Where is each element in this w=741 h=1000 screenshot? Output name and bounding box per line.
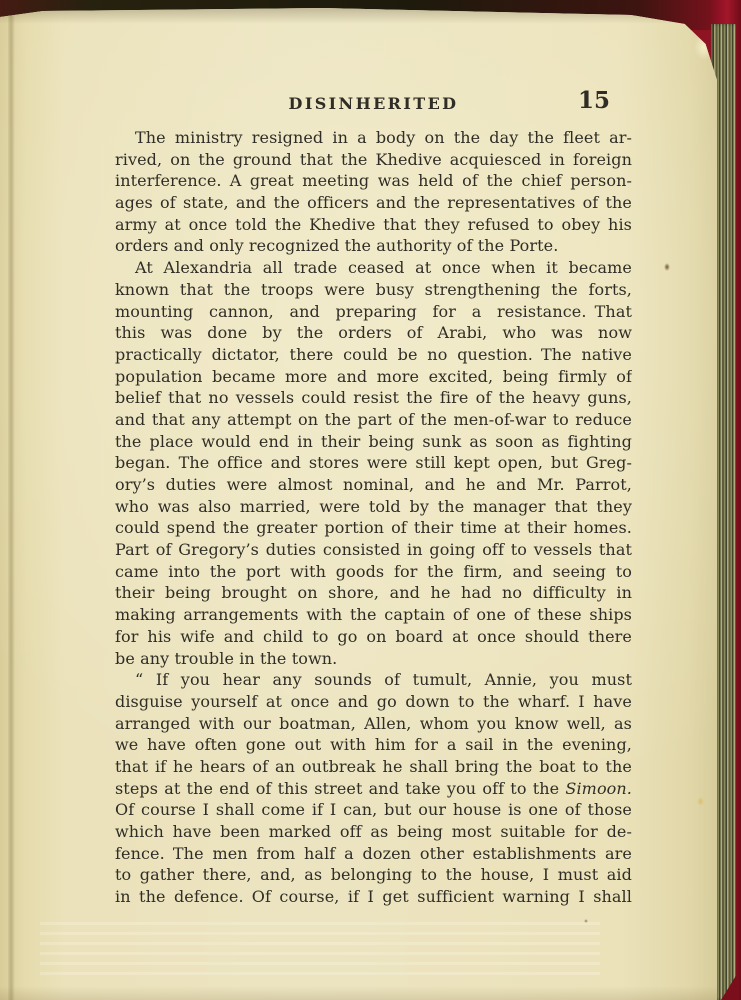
paper-speck bbox=[584, 919, 588, 923]
text-line: to gather there, and, as belonging to th… bbox=[115, 864, 632, 886]
gutter-crease bbox=[8, 0, 15, 1000]
text-line: Part of Gregory’s duties consisted in go… bbox=[115, 539, 632, 561]
paragraph: At Alexandria all trade ceased at once w… bbox=[115, 257, 632, 669]
text-line: The ministry resigned in a body on the d… bbox=[115, 127, 632, 149]
text-block: The ministry resigned in a body on the d… bbox=[115, 127, 632, 908]
text-line: who was also married, were told by the m… bbox=[115, 496, 632, 518]
text-line: belief that no vessels could resist the … bbox=[115, 387, 632, 409]
text-line: fence. The men from half a dozen other e… bbox=[115, 843, 632, 865]
book-photo: DISINHERITED 15 The ministry resigned in… bbox=[0, 0, 741, 1000]
page-number: 15 bbox=[578, 87, 610, 114]
page-header: DISINHERITED 15 bbox=[115, 91, 632, 115]
text-line: army at once told the Khedive that they … bbox=[115, 214, 632, 236]
text-line: began. The office and stores were still … bbox=[115, 452, 632, 474]
text-line: be any trouble in the town. bbox=[115, 648, 632, 670]
text-line: mounting cannon, and preparing for a res… bbox=[115, 301, 632, 323]
text-line: making arrangements with the captain of … bbox=[115, 604, 632, 626]
text-line: that if he hears of an outbreak he shall… bbox=[115, 756, 632, 778]
text-line: we have often gone out with him for a sa… bbox=[115, 734, 632, 756]
text-line: arranged with our boatman, Allen, whom y… bbox=[115, 713, 632, 735]
book-page: DISINHERITED 15 The ministry resigned in… bbox=[0, 0, 717, 1000]
text-line: population became more and more excited,… bbox=[115, 366, 632, 388]
running-head: DISINHERITED bbox=[289, 94, 459, 113]
paper-speck bbox=[697, 797, 704, 806]
text-line: steps at the end of this street and take… bbox=[115, 778, 632, 800]
text-line: ory’s duties were almost nominal, and he… bbox=[115, 474, 632, 496]
text-line: rived, on the ground that the Khedive ac… bbox=[115, 149, 632, 171]
text-line: Of course I shall come if I can, but our… bbox=[115, 799, 632, 821]
text-line: known that the troops were busy strength… bbox=[115, 279, 632, 301]
text-line: ages of state, and the officers and the … bbox=[115, 192, 632, 214]
text-line: for his wife and child to go on board at… bbox=[115, 626, 632, 648]
text-line: disguise yourself at once and go down to… bbox=[115, 691, 632, 713]
paper-texture bbox=[40, 922, 600, 982]
text-line: the place would end in their being sunk … bbox=[115, 431, 632, 453]
paragraph: The ministry resigned in a body on the d… bbox=[115, 127, 632, 257]
text-line: orders and only recognized the authority… bbox=[115, 235, 632, 257]
paper-speck bbox=[664, 263, 670, 271]
text-line: which have been marked off as being most… bbox=[115, 821, 632, 843]
text-line: practically dictator, there could be no … bbox=[115, 344, 632, 366]
ship-name-italic: Simoon. bbox=[565, 779, 632, 798]
text-line: this was done by the orders of Arabi, wh… bbox=[115, 322, 632, 344]
text-line: “ If you hear any sounds of tumult, Anni… bbox=[115, 669, 632, 691]
text-line: their being brought on shore, and he had… bbox=[115, 582, 632, 604]
text-line: in the defence. Of course, if I get suff… bbox=[115, 886, 632, 908]
text-line: interference. A great meeting was held o… bbox=[115, 170, 632, 192]
text-line: could spend the greater portion of their… bbox=[115, 517, 632, 539]
text-line: At Alexandria all trade ceased at once w… bbox=[115, 257, 632, 279]
paragraph: “ If you hear any sounds of tumult, Anni… bbox=[115, 669, 632, 908]
text-line: and that any attempt on the part of the … bbox=[115, 409, 632, 431]
text-line: came into the port with goods for the fi… bbox=[115, 561, 632, 583]
